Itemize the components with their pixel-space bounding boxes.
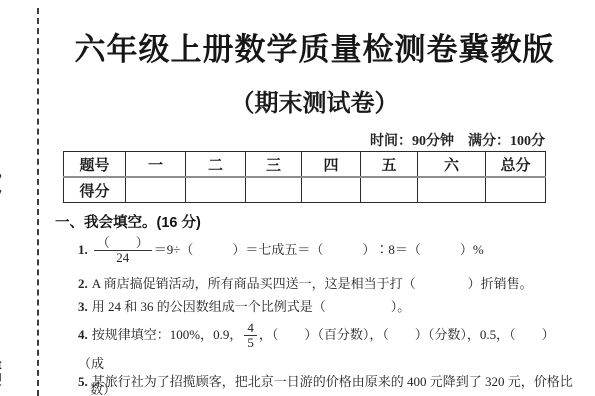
score-table-col-total: 总分 [486, 152, 546, 178]
question-3-text: 用 24 和 36 的公因数组成一个比例式是（ ）。 [92, 299, 411, 314]
question-5: 5.某旅行社为了招揽顾客，把北京一日游的价格由原来的 400 元降到了 320 … [78, 371, 573, 390]
score-table-header-row: 题号 一 二 三 四 五 六 总分 [64, 152, 546, 178]
question-2: 2.A 商店搞促销活动，所有商品买四送一，这是相当于打（ ）折销售。 [78, 273, 533, 292]
question-3: 3.用 24 和 36 的公因数组成一个比例式是（ ）。 [78, 296, 410, 315]
question-4-text-pre: 按规律填空：100%，0.9， [92, 327, 243, 342]
fraction-denominator: 5 [244, 336, 257, 350]
question-5-text: 某旅行社为了招揽顾客，把北京一日游的价格由原来的 400 元降到了 320 元，… [92, 374, 573, 389]
score-table-col-4: 四 [302, 152, 361, 178]
exam-page: 学号： 姓名： 六年级上册数学质量检测卷冀教版 （期末测试卷） 时间：90分钟 … [0, 0, 595, 396]
question-2-text: A 商店搞促销活动，所有商品买四送一，这是相当于打（ ）折销售。 [92, 276, 533, 291]
page-title: 六年级上册数学质量检测卷冀教版 [42, 24, 587, 69]
question-1-number: 1. [78, 242, 88, 257]
question-1: 1.（ ）24＝9÷（ ）＝七成五＝（ ）∶8＝（ ）% [78, 236, 484, 266]
score-cell [418, 177, 486, 203]
score-cell [186, 177, 246, 203]
score-table-score-row: 得分 [64, 177, 546, 203]
score-cell [302, 177, 361, 203]
score-cell [361, 177, 418, 203]
question-3-number: 3. [78, 299, 88, 314]
score-row-label: 得分 [64, 177, 126, 203]
fraction-denominator: 24 [94, 251, 152, 265]
question-4-number: 4. [78, 327, 88, 342]
fraction-numerator: （ ） [94, 236, 152, 251]
fraction-numerator: 4 [244, 321, 257, 336]
question-2-number: 2. [78, 276, 88, 291]
question-1-text: ＝9÷（ ）＝七成五＝（ ）∶8＝（ ）% [154, 242, 484, 257]
score-table-col-1: 一 [126, 152, 186, 178]
page-subtitle: （期末测试卷） [42, 83, 587, 118]
score-table: 题号 一 二 三 四 五 六 总分 得分 [63, 151, 546, 203]
question-5-number: 5. [78, 374, 88, 389]
score-table-col-5: 五 [361, 152, 418, 178]
fraction-4-over-5: 45 [244, 321, 257, 351]
student-id-field: 学号： [0, 57, 5, 197]
section-heading: 一、我会填空。(16 分) [55, 211, 201, 232]
score-table-col-3: 三 [246, 152, 302, 178]
score-table-corner-cell: 题号 [64, 152, 126, 178]
student-id-label: 学号： [0, 158, 3, 197]
score-table-col-6: 六 [418, 152, 486, 178]
name-label: 姓名： [0, 347, 3, 386]
score-cell [126, 177, 186, 203]
exam-meta: 时间：90分钟 满分：100分 [370, 130, 545, 150]
score-table-col-2: 二 [186, 152, 246, 178]
question-4-line-1: 4.按规律填空：100%，0.9，45，（ ）（百分数），（ ）（分数），0.5… [78, 321, 569, 377]
score-cell-total [486, 177, 546, 203]
fold-dashed-line [37, 8, 39, 396]
score-cell [246, 177, 302, 203]
fraction-blank-over-24: （ ）24 [94, 236, 152, 266]
name-field: 姓名： [0, 223, 5, 386]
